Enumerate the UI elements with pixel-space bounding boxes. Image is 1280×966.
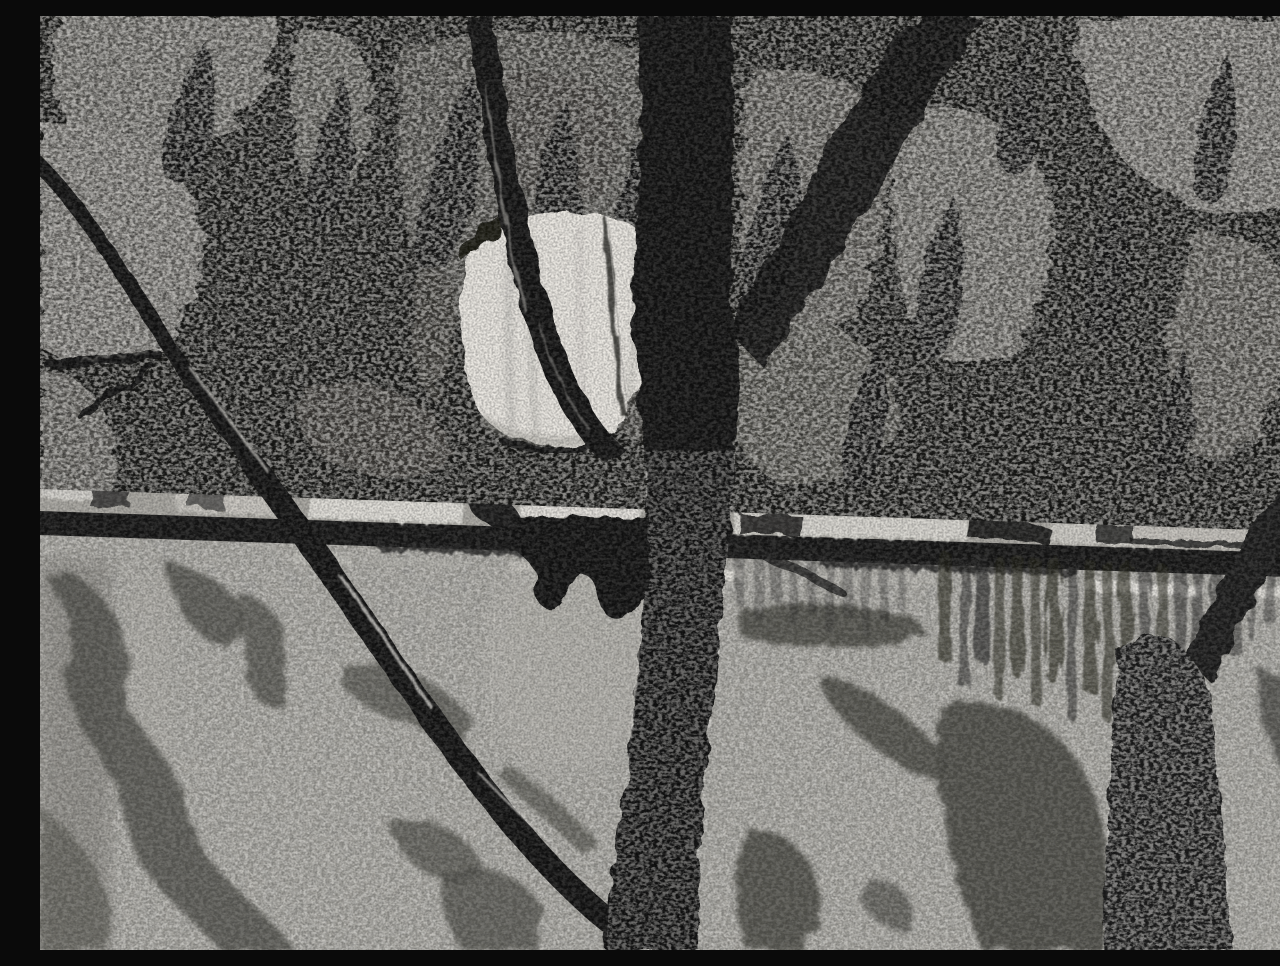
painting-svg [40,16,1280,950]
paper-grain-light [40,16,1280,950]
painting: Black and white painting: a dark tree ca… [40,16,1280,950]
